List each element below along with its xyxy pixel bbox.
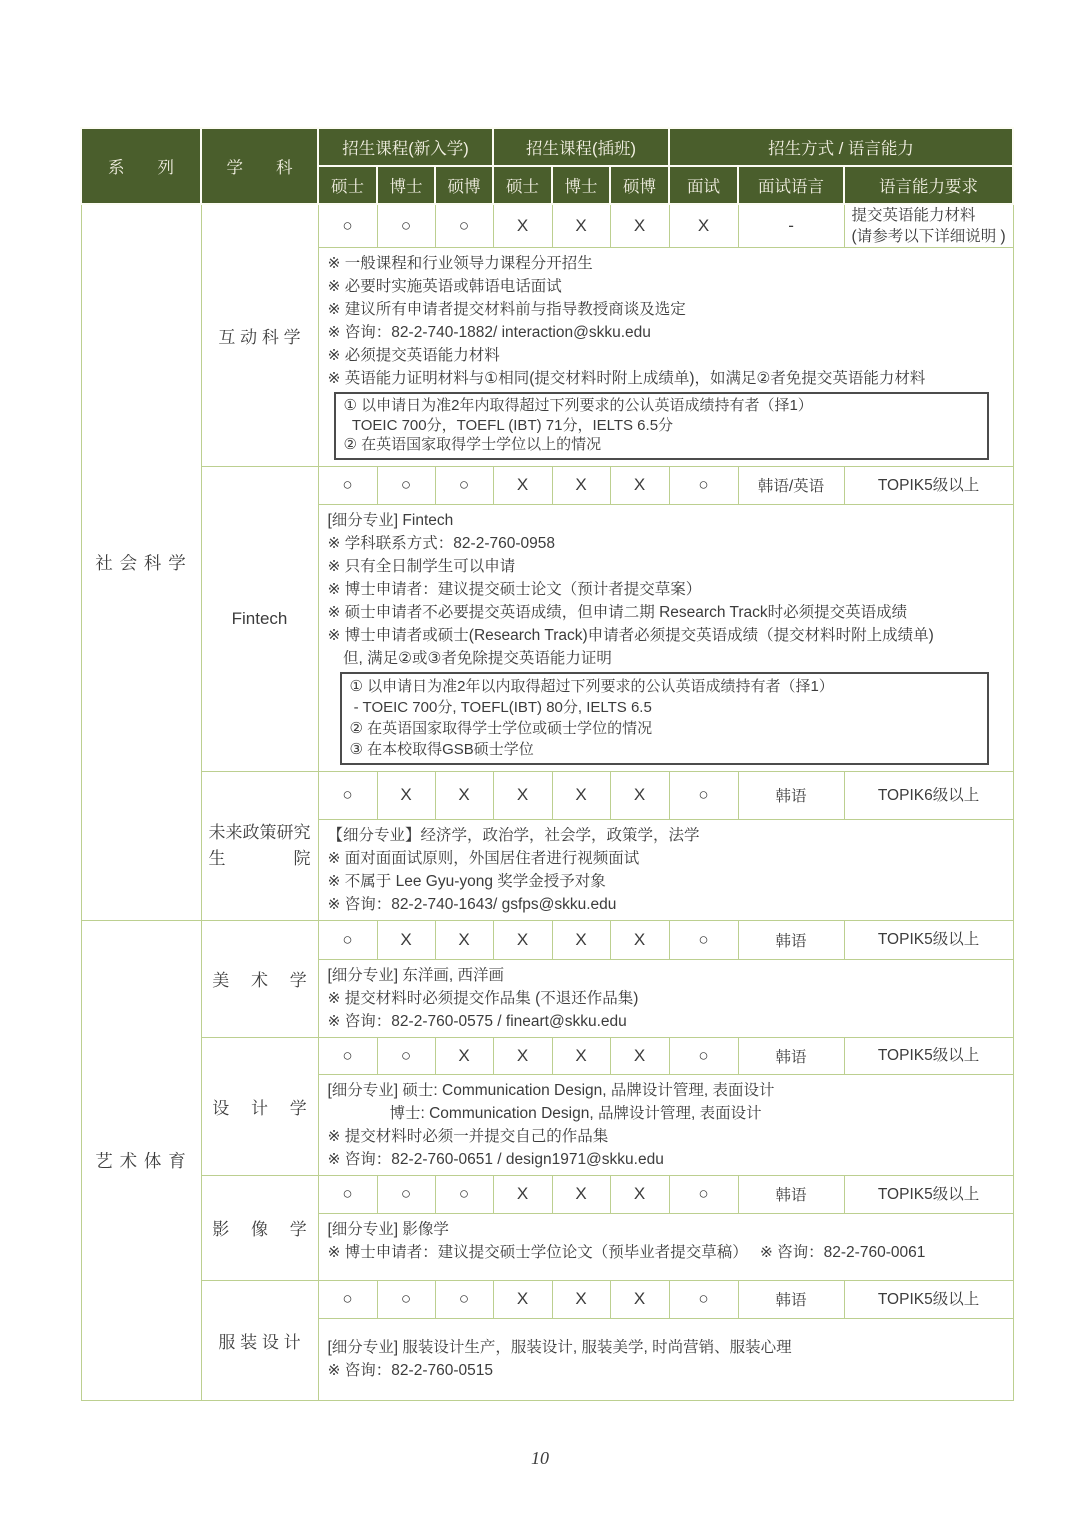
mark-cell-new-doctor: ○	[377, 466, 435, 504]
header-new-doctor: 博士	[377, 166, 435, 204]
box-line: - TOEIC 700分, TOEFL(IBT) 80分, IELTS 6.5	[350, 697, 979, 718]
mark-cell-new-combined: X	[435, 771, 493, 819]
lang-req-cell: TOPIK5级以上	[844, 920, 1013, 959]
subject-cell-fintech: Fintech	[201, 466, 318, 771]
document-page: 系 列 学 科 招生课程(新入学) 招生课程(插班) 招生方式 / 语言能力 硕…	[0, 0, 1080, 1527]
mark-cell-transfer-master: X	[493, 1280, 552, 1318]
header-new-combined: 硕博	[435, 166, 493, 204]
subject-cell-design: 设 计 学	[201, 1037, 318, 1175]
note-line: 但, 满足②或③者免除提交英语能力证明	[328, 647, 1005, 670]
mark-cell-new-master: ○	[318, 1280, 377, 1318]
mark-cell-new-master: ○	[318, 1037, 377, 1074]
mark-cell-transfer-doctor: X	[552, 466, 610, 504]
lang-req-cell: TOPIK6级以上	[844, 771, 1013, 819]
mark-cell-interview: ○	[669, 1280, 738, 1318]
box-line: ① 以申请日为准2年以内取得超过下列要求的公认英语成绩持有者（择1）	[350, 676, 979, 697]
mark-cell-interview: ○	[669, 1037, 738, 1074]
admission-table: 系 列 学 科 招生课程(新入学) 招生课程(插班) 招生方式 / 语言能力 硕…	[80, 127, 1014, 1401]
mark-cell-interview-language: 韩语	[738, 920, 844, 959]
header-interview-language: 面试语言	[738, 166, 844, 204]
mark-cell-new-doctor: ○	[377, 1175, 435, 1213]
mark-cell-new-master: ○	[318, 1175, 377, 1213]
lang-req-cell: TOPIK5级以上	[844, 1175, 1013, 1213]
mark-cell-interview: ○	[669, 1175, 738, 1213]
mark-cell-new-combined: ○	[435, 466, 493, 504]
header-language-requirement: 语言能力要求	[844, 166, 1013, 204]
mark-cell-interview: ○	[669, 920, 738, 959]
header-group-new-admission: 招生课程(新入学)	[318, 128, 493, 166]
header-series: 系 列	[81, 128, 201, 204]
mark-cell-interview: X	[669, 204, 738, 248]
mark-cell-new-master: ○	[318, 466, 377, 504]
mark-cell-new-combined: X	[435, 920, 493, 959]
mark-cell-interview-language: -	[738, 204, 844, 248]
mark-cell-transfer-combined: X	[610, 466, 669, 504]
notes-cell-interaction: ※ 一般课程和行业领导力课程分开招生 ※ 必要时实施英语或韩语电话面试 ※ 建议…	[318, 248, 1013, 467]
note-line: ※ 必须提交英语能力材料	[328, 344, 1005, 367]
note-line: ※ 咨询：82-2-760-0651 / design1971@skku.edu	[328, 1148, 1005, 1171]
notes-cell-fine-art: [细分专业] 东洋画, 西洋画 ※ 提交材料时必须提交作品集 (不退还作品集) …	[318, 959, 1013, 1037]
note-line: [细分专业] Fintech	[328, 509, 1005, 532]
subject-cell-fine-art: 美 术 学	[201, 920, 318, 1037]
mark-cell-interview: ○	[669, 466, 738, 504]
mark-cell-transfer-master: X	[493, 1037, 552, 1074]
box-line: ② 在英语国家取得学士学位以上的情况	[344, 435, 979, 455]
header-group-transfer: 招生课程(插班)	[493, 128, 669, 166]
series-cell-arts-sports: 艺 术 体 育	[81, 920, 201, 1400]
mark-cell-transfer-combined: X	[610, 1175, 669, 1213]
box-line: TOEIC 700分，TOEFL (IBT) 71分，IELTS 6.5分	[344, 416, 979, 436]
subject-cell-interaction-science: 互 动 科 学	[201, 204, 318, 466]
page-number: 10	[0, 1448, 1080, 1469]
mark-cell-transfer-doctor: X	[552, 204, 610, 248]
mark-cell-interview-language: 韩语	[738, 1280, 844, 1318]
mark-cell-transfer-combined: X	[610, 204, 669, 248]
note-line: ※ 必要时实施英语或韩语电话面试	[328, 275, 1005, 298]
mark-cell-transfer-master: X	[493, 466, 552, 504]
lang-req-cell: TOPIK5级以上	[844, 1280, 1013, 1318]
note-line: ※ 博士申请者：建议提交硕士学位论文（预毕业者提交草稿） ※ 咨询：82-2-7…	[328, 1241, 1005, 1264]
mark-cell-new-doctor: ○	[377, 204, 435, 248]
mark-cell-transfer-doctor: X	[552, 1037, 610, 1074]
series-cell-social-science: 社 会 科 学	[81, 204, 201, 920]
mark-cell-transfer-doctor: X	[552, 920, 610, 959]
box-line: ① 以申请日为准2年内取得超过下列要求的公认英语成绩持有者（择1）	[344, 396, 979, 416]
note-line: ※ 硕士申请者不必要提交英语成绩，但申请二期 Research Track时必须…	[328, 601, 1005, 624]
mark-cell-transfer-doctor: X	[552, 1280, 610, 1318]
mark-cell-new-master: ○	[318, 204, 377, 248]
note-line: [细分专业] 服装设计生产，服装设计, 服装美学, 时尚营销、服装心理	[328, 1336, 1005, 1359]
header-interview: 面试	[669, 166, 738, 204]
notes-cell-fintech: [细分专业] Fintech ※ 学科联系方式：82-2-760-0958 ※ …	[318, 504, 1013, 771]
note-line: 【细分专业】经济学，政治学，社会学，政策学，法学	[328, 824, 1005, 847]
note-line: 博士: Communication Design, 品牌设计管理, 表面设计	[328, 1102, 1005, 1125]
mark-cell-new-doctor: ○	[377, 1280, 435, 1318]
note-line: ※ 一般课程和行业领导力课程分开招生	[328, 252, 1005, 275]
header-transfer-combined: 硕博	[610, 166, 669, 204]
mark-cell-new-doctor: ○	[377, 1037, 435, 1074]
header-transfer-doctor: 博士	[552, 166, 610, 204]
note-line: ※ 博士申请者或硕士(Research Track)申请者必须提交英语成绩（提交…	[328, 624, 1005, 647]
subject-cell-future-policy: 未来政策研究 生 院	[201, 771, 318, 920]
mark-cell-transfer-combined: X	[610, 1280, 669, 1318]
note-line: ※ 咨询：82-2-760-0575 / fineart@skku.edu	[328, 1010, 1005, 1033]
note-line: ※ 咨询：82-2-760-0515	[328, 1359, 1005, 1382]
mark-cell-new-doctor: X	[377, 920, 435, 959]
mark-cell-interview-language: 韩语	[738, 1175, 844, 1213]
mark-cell-transfer-combined: X	[610, 771, 669, 819]
mark-cell-transfer-master: X	[493, 204, 552, 248]
mark-cell-transfer-doctor: X	[552, 771, 610, 819]
note-line: ※ 提交材料时必须提交作品集 (不退还作品集)	[328, 987, 1005, 1010]
header-subject: 学 科	[201, 128, 318, 204]
mark-cell-transfer-master: X	[493, 920, 552, 959]
subject-cell-film-imaging: 影 像 学	[201, 1175, 318, 1280]
header-group-method-language: 招生方式 / 语言能力	[669, 128, 1013, 166]
box-line: ② 在英语国家取得学士学位或硕士学位的情况	[350, 718, 979, 739]
note-line: [细分专业] 影像学	[328, 1218, 1005, 1241]
box-line: ③ 在本校取得GSB硕士学位	[350, 739, 979, 760]
mark-cell-transfer-doctor: X	[552, 1175, 610, 1213]
english-requirement-box: ① 以申请日为准2年以内取得超过下列要求的公认英语成绩持有者（择1） - TOE…	[340, 672, 989, 765]
note-line: [细分专业] 东洋画, 西洋画	[328, 964, 1005, 987]
note-line: ※ 英语能力证明材料与①相同(提交材料时附上成绩单)，如满足②者免提交英语能力材…	[328, 367, 1005, 390]
note-line: ※ 只有全日制学生可以申请	[328, 555, 1005, 578]
header-new-master: 硕士	[318, 166, 377, 204]
note-line: [细分专业] 硕士: Communication Design, 品牌设计管理,…	[328, 1079, 1005, 1102]
english-requirement-box: ① 以申请日为准2年内取得超过下列要求的公认英语成绩持有者（择1） TOEIC …	[334, 392, 989, 460]
mark-cell-new-master: ○	[318, 771, 377, 819]
notes-cell-film-imaging: [细分专业] 影像学 ※ 博士申请者：建议提交硕士学位论文（预毕业者提交草稿） …	[318, 1213, 1013, 1280]
note-line: ※ 建议所有申请者提交材料前与指导教授商谈及选定	[328, 298, 1005, 321]
lang-req-cell: TOPIK5级以上	[844, 1037, 1013, 1074]
note-line: ※ 博士申请者：建议提交硕士论文（预计者提交草案）	[328, 578, 1005, 601]
note-line: ※ 学科联系方式：82-2-760-0958	[328, 532, 1005, 555]
mark-cell-interview: ○	[669, 771, 738, 819]
mark-cell-transfer-combined: X	[610, 1037, 669, 1074]
mark-cell-new-master: ○	[318, 920, 377, 959]
notes-cell-future-policy: 【细分专业】经济学，政治学，社会学，政策学，法学 ※ 面对面面试原则，外国居住者…	[318, 819, 1013, 920]
mark-cell-interview-language: 韩语	[738, 771, 844, 819]
note-line: ※ 不属于 Lee Gyu-yong 奖学金授予对象	[328, 870, 1005, 893]
mark-cell-transfer-combined: X	[610, 920, 669, 959]
subject-cell-fashion-design: 服 装 设 计	[201, 1280, 318, 1400]
mark-cell-interview-language: 韩语/英语	[738, 466, 844, 504]
mark-cell-transfer-master: X	[493, 771, 552, 819]
lang-req-cell: 提交英语能力材料 (请参考以下详细说明 )	[844, 204, 1013, 248]
mark-cell-new-combined: ○	[435, 1280, 493, 1318]
mark-cell-new-combined: ○	[435, 1175, 493, 1213]
header-transfer-master: 硕士	[493, 166, 552, 204]
note-line: ※ 咨询：82-2-740-1643/ gsfps@skku.edu	[328, 893, 1005, 916]
mark-cell-new-doctor: X	[377, 771, 435, 819]
notes-cell-fashion-design: [细分专业] 服装设计生产，服装设计, 服装美学, 时尚营销、服装心理 ※ 咨询…	[318, 1318, 1013, 1400]
mark-cell-transfer-master: X	[493, 1175, 552, 1213]
mark-cell-interview-language: 韩语	[738, 1037, 844, 1074]
note-line: ※ 提交材料时必须一并提交自己的作品集	[328, 1125, 1005, 1148]
note-line: ※ 面对面面试原则，外国居住者进行视频面试	[328, 847, 1005, 870]
note-line: ※ 咨询：82-2-740-1882/ interaction@skku.edu	[328, 321, 1005, 344]
mark-cell-new-combined: X	[435, 1037, 493, 1074]
mark-cell-new-combined: ○	[435, 204, 493, 248]
notes-cell-design: [细分专业] 硕士: Communication Design, 品牌设计管理,…	[318, 1074, 1013, 1175]
lang-req-cell: TOPIK5级以上	[844, 466, 1013, 504]
